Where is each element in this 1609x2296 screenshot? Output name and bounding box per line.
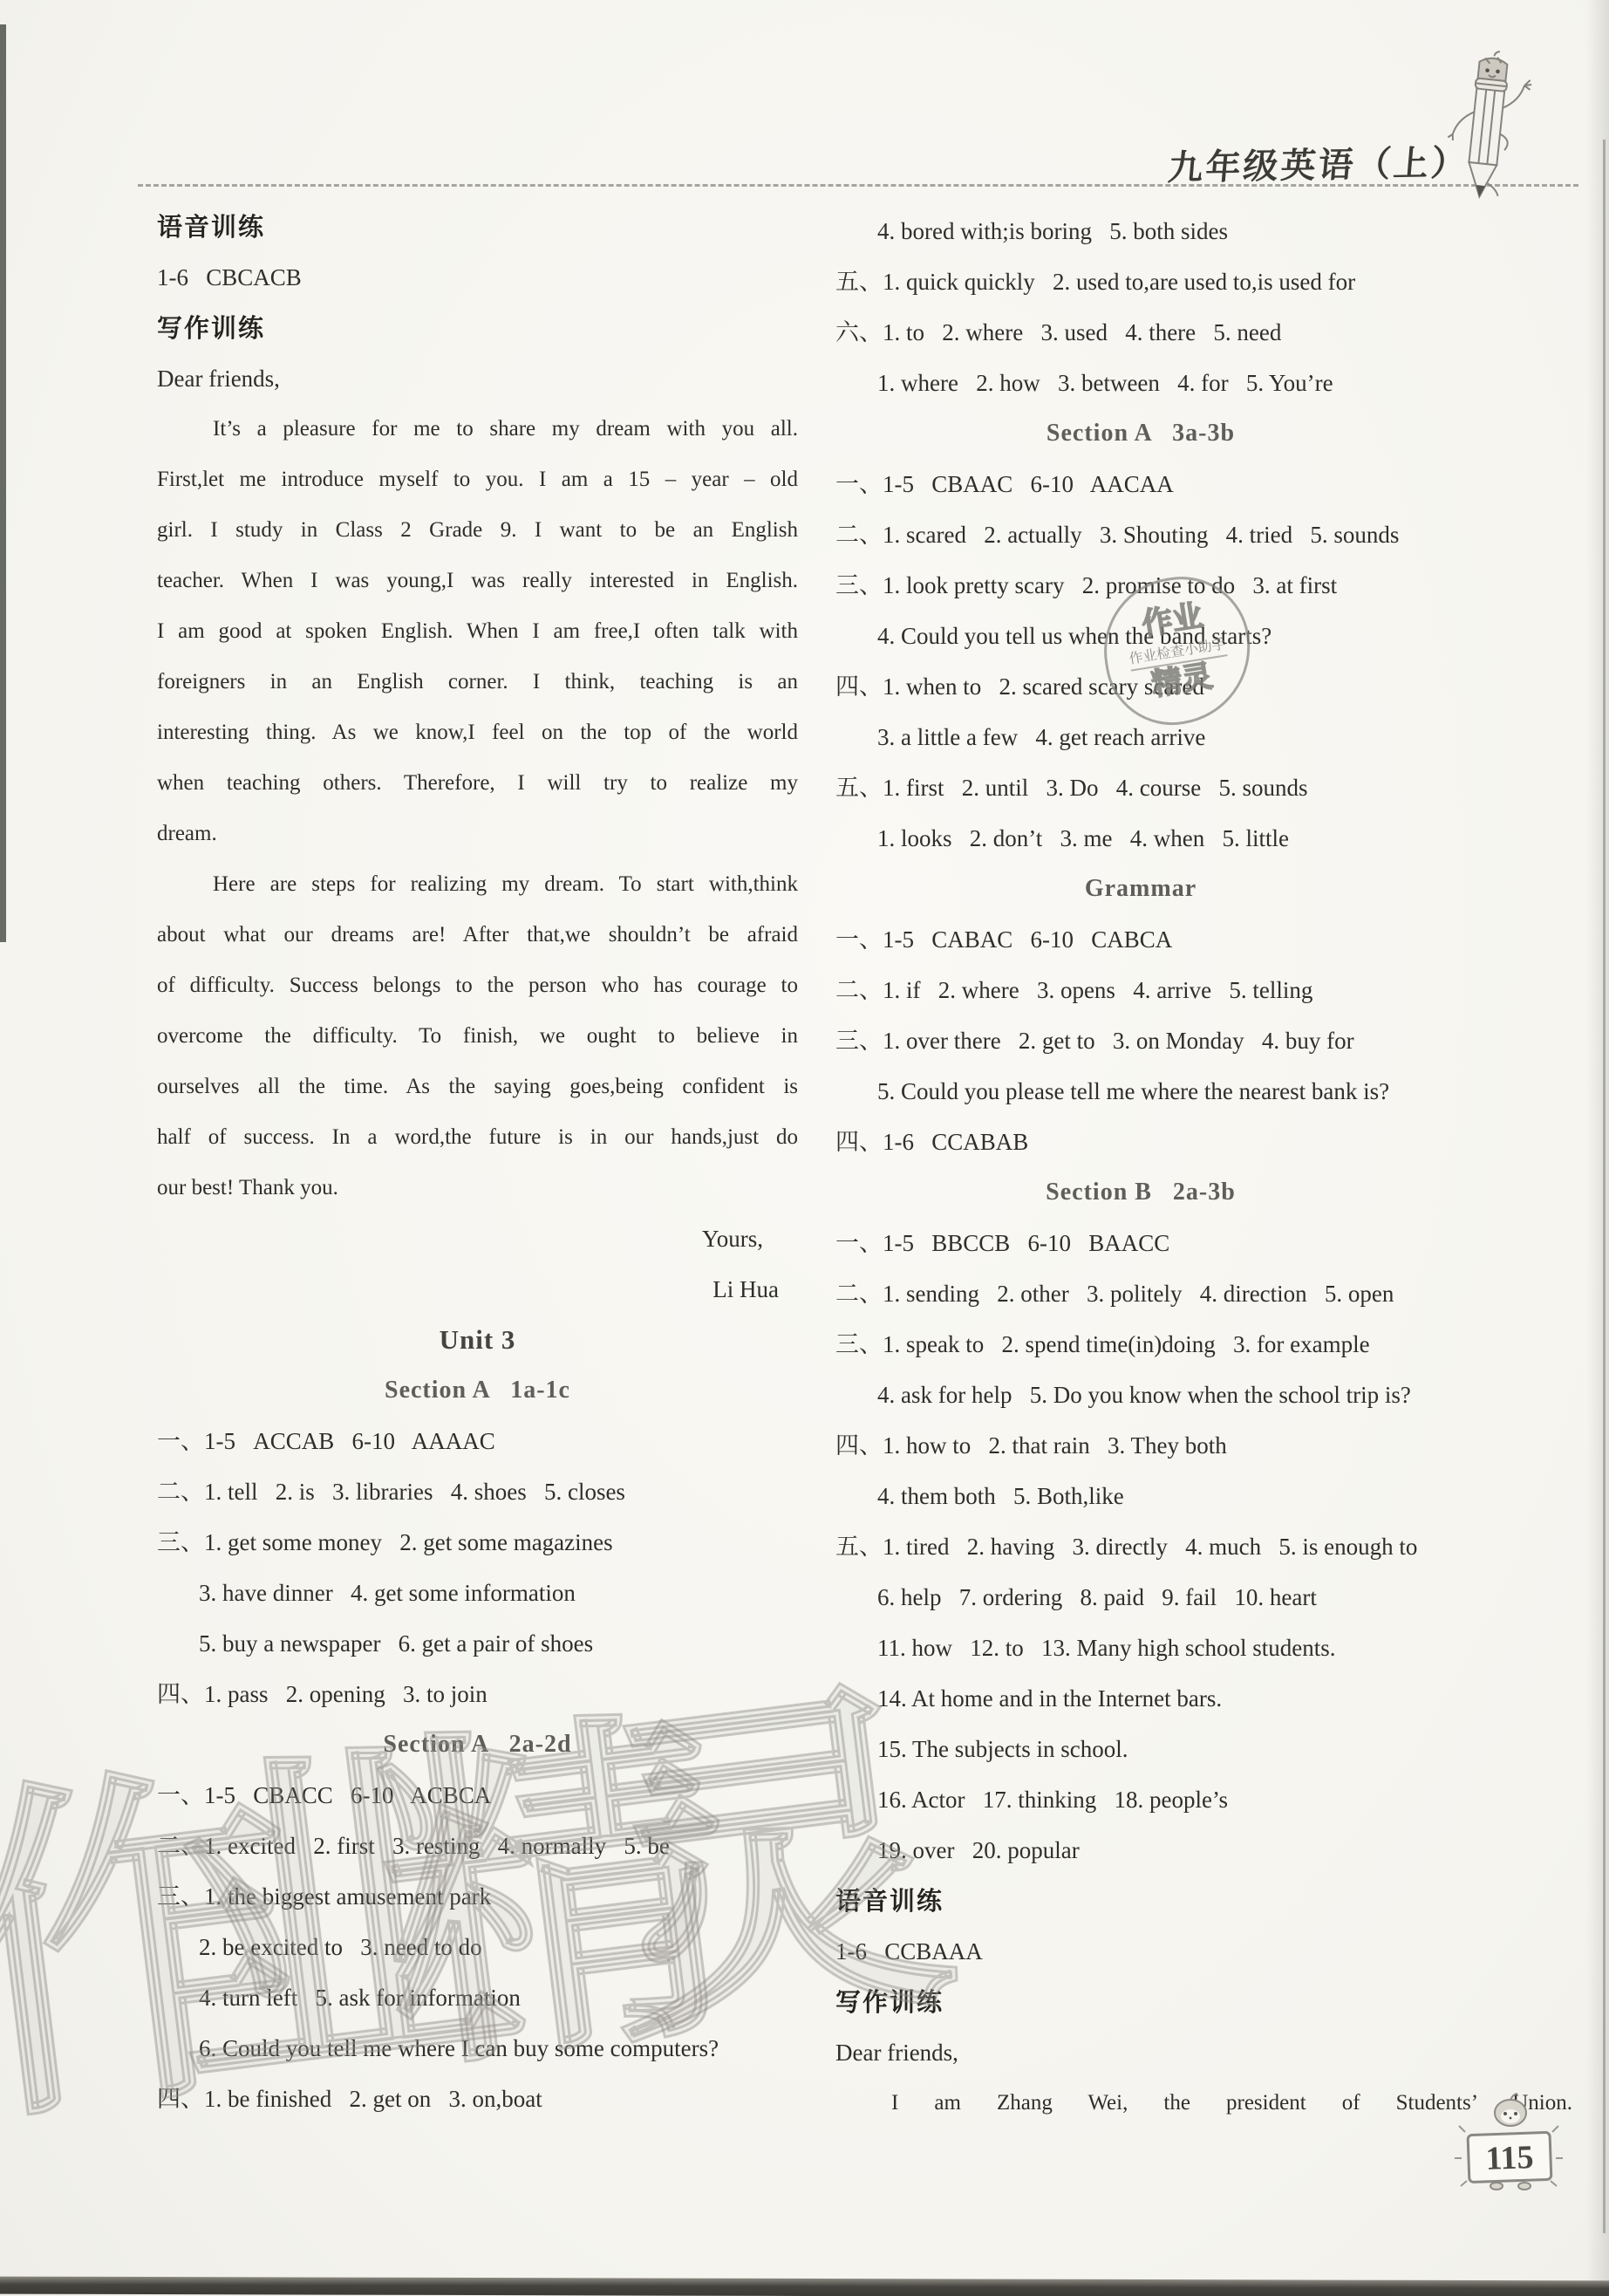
text-line: 三、1. speak to 2. spend time(in)doing 3. … xyxy=(835,1319,1572,1370)
text-line: 写作训练 xyxy=(157,303,798,353)
text-line: 11. how 12. to 13. Many high school stud… xyxy=(835,1623,1572,1673)
text-line: Dear friends, xyxy=(157,353,798,404)
text-line: dream. xyxy=(157,809,798,859)
text-line: 五、1. tired 2. having 3. directly 4. much… xyxy=(835,1521,1572,1572)
text-line: half of success. In a word,the future is… xyxy=(157,1112,798,1163)
text-line: 四、1. pass 2. opening 3. to join xyxy=(157,1669,798,1719)
text-line: 一、1-5 CBACC 6-10 ACBCA xyxy=(157,1770,798,1821)
text-line: 1. where 2. how 3. between 4. for 5. You… xyxy=(835,358,1572,408)
text-line: Section A 2a-2d xyxy=(157,1719,798,1770)
left-column: 语音训练1-6 CBCACB写作训练Dear friends,It’s a pl… xyxy=(157,202,798,2124)
text-line: 4. turn left 5. ask for information xyxy=(157,1972,798,2023)
text-line: 一、1-5 CBAAC 6-10 AACAA xyxy=(835,459,1572,509)
text-line: Here are steps for realizing my dream. T… xyxy=(157,859,798,910)
text-line: 二、1. excited 2. first 3. resting 4. norm… xyxy=(157,1821,798,1871)
text-line: Section A 1a-1c xyxy=(157,1365,798,1416)
text-line: 1. looks 2. don’t 3. me 4. when 5. littl… xyxy=(835,813,1572,864)
text-line: teacher. When I was young,I was really i… xyxy=(157,556,798,606)
text-line: interesting thing. As we know,I feel on … xyxy=(157,707,798,758)
text-line: 15. The subjects in school. xyxy=(835,1724,1572,1774)
text-line: 六、1. to 2. where 3. used 4. there 5. nee… xyxy=(835,307,1572,358)
page-number-mascot-icon: 115 xyxy=(1455,2092,1566,2197)
text-line: 3. have dinner 4. get some information xyxy=(157,1568,798,1618)
text-line: First,let me introduce myself to you. I … xyxy=(157,454,798,505)
page-title: 九年级英语（上） xyxy=(1166,135,1471,190)
text-line: 4. them both 5. Both,like xyxy=(835,1471,1572,1521)
text-line: Section B 2a-3b xyxy=(835,1167,1446,1218)
page-number: 115 xyxy=(1485,2139,1534,2177)
text-line: 5. buy a newspaper 6. get a pair of shoe… xyxy=(157,1618,798,1669)
text-line: I am good at spoken English. When I am f… xyxy=(157,606,798,657)
text-line: 四、1. how to 2. that rain 3. They both xyxy=(835,1420,1572,1471)
text-line: overcome the difficulty. To finish, we o… xyxy=(157,1011,798,1062)
text-line: 三、1. the biggest amusement park xyxy=(157,1871,798,1922)
text-line: foreigners in an English corner. I think… xyxy=(157,657,798,707)
text-line: our best! Thank you. xyxy=(157,1163,798,1213)
text-line: 一、1-5 ACCAB 6-10 AAAAC xyxy=(157,1416,798,1466)
text-line: 语音训练 xyxy=(157,202,798,252)
text-line: 一、1-5 BBCCB 6-10 BAACC xyxy=(835,1218,1572,1268)
text-line: 二、1. sending 2. other 3. politely 4. dir… xyxy=(835,1268,1572,1319)
scan-edge-left xyxy=(0,24,6,942)
scan-edge-bottom xyxy=(0,2277,1609,2296)
text-line: Grammar xyxy=(835,864,1446,914)
text-line: 三、1. get some money 2. get some magazine… xyxy=(157,1517,798,1568)
text-line: 6. Could you tell me where I can buy som… xyxy=(157,2023,798,2074)
text-line: 5. Could you please tell me where the ne… xyxy=(835,1066,1572,1117)
text-line: 4. ask for help 5. Do you know when the … xyxy=(835,1370,1572,1420)
text-line: 二、1. scared 2. actually 3. Shouting 4. t… xyxy=(835,509,1572,560)
text-line: 一、1-5 CABAC 6-10 CABCA xyxy=(835,914,1572,965)
text-line: 6. help 7. ordering 8. paid 9. fail 10. … xyxy=(835,1572,1572,1623)
text-line: Dear friends, xyxy=(835,2027,1572,2078)
scan-edge-right-shade xyxy=(1586,0,1609,2296)
text-line: 语音训练 xyxy=(835,1876,1572,1926)
text-line: Unit 3 xyxy=(157,1315,798,1365)
text-line: 四、1-6 CCABAB xyxy=(835,1117,1572,1167)
text-line: Li Hua xyxy=(157,1264,798,1315)
text-line: 五、1. first 2. until 3. Do 4. course 5. s… xyxy=(835,762,1572,813)
text-line: 14. At home and in the Internet bars. xyxy=(835,1673,1572,1724)
right-column: 4. bored with;is boring 5. both sides五、1… xyxy=(835,206,1572,2129)
text-line: 1-6 CBCACB xyxy=(157,252,798,303)
pencil-mascot-icon xyxy=(1439,51,1535,216)
text-line: 四、1. be finished 2. get on 3. on,boat xyxy=(157,2074,798,2124)
text-line: 2. be excited to 3. need to do xyxy=(157,1922,798,1972)
text-line: ourselves all the time. As the saying go… xyxy=(157,1062,798,1112)
workbook-answer-page: 九年级英语（上） 语音训练1-6 CBCACB写作训练Dear friends xyxy=(0,0,1609,2296)
text-line: Section A 3a-3b xyxy=(835,408,1446,459)
text-line: It’s a pleasure for me to share my dream… xyxy=(157,404,798,454)
text-line: 3. a little a few 4. get reach arrive xyxy=(835,712,1572,762)
text-line: Yours, xyxy=(157,1213,798,1264)
text-line: 三、1. over there 2. get to 3. on Monday 4… xyxy=(835,1015,1572,1066)
text-line: of difficulty. Success belongs to the pe… xyxy=(157,960,798,1011)
text-line: 二、1. if 2. where 3. opens 4. arrive 5. t… xyxy=(835,965,1572,1015)
text-line: 1-6 CCBAAA xyxy=(835,1926,1572,1977)
text-line: 三、1. look pretty scary 2. promise to do … xyxy=(835,560,1572,611)
text-line: 四、1. when to 2. scared scary scared xyxy=(835,661,1572,712)
text-line: when teaching others. Therefore, I will … xyxy=(157,758,798,809)
text-line: 19. over 20. popular xyxy=(835,1825,1572,1876)
text-line: 4. Could you tell us when the band start… xyxy=(835,611,1572,661)
text-line: girl. I study in Class 2 Grade 9. I want… xyxy=(157,505,798,556)
text-line: 二、1. tell 2. is 3. libraries 4. shoes 5.… xyxy=(157,1466,798,1517)
text-line: about what our dreams are! After that,we… xyxy=(157,910,798,960)
text-line: 五、1. quick quickly 2. used to,are used t… xyxy=(835,256,1572,307)
text-line: 写作训练 xyxy=(835,1977,1572,2027)
text-line: 16. Actor 17. thinking 18. people’s xyxy=(835,1774,1572,1825)
